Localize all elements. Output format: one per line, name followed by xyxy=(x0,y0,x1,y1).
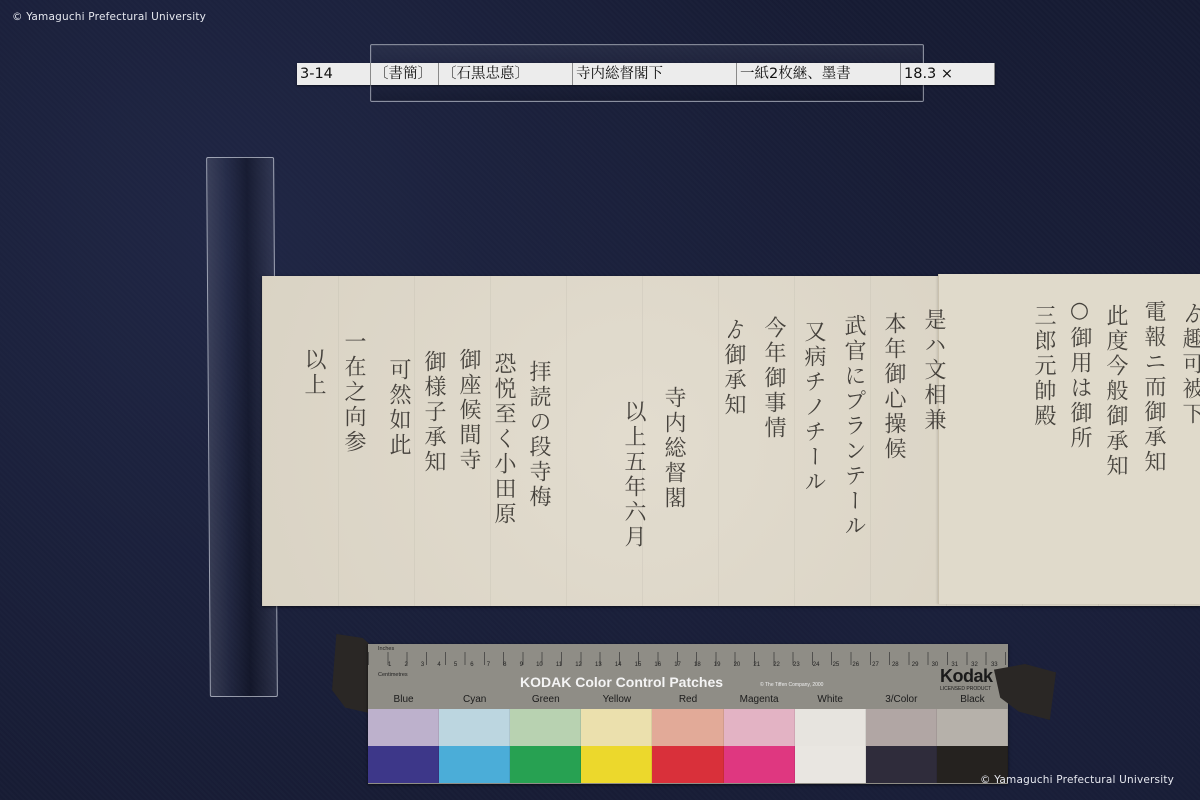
calligraphy-column: 寺内総督閣 xyxy=(662,386,684,511)
patch-label: Blue xyxy=(368,694,439,705)
catalog-label-cell: 18.3 × xyxy=(901,63,995,85)
calligraphy-column: 恐悦至く小田原 xyxy=(492,352,514,527)
ruler-number: 26 xyxy=(852,662,859,668)
ruler-number: 13 xyxy=(595,662,602,668)
catalog-label-cell: 〔書簡〕 xyxy=(371,63,439,85)
calligraphy-column: 三郎元帥殿 xyxy=(1032,304,1054,429)
ruler-number: 18 xyxy=(694,662,701,668)
calligraphy-column: 武官にプランテール xyxy=(842,314,864,539)
ruler-number: 17 xyxy=(674,662,681,668)
patch-column xyxy=(581,709,652,783)
ruler-number: 30 xyxy=(932,662,939,668)
patch-label: Red xyxy=(652,694,723,705)
calligraphy-column: 御座候間寺 xyxy=(457,348,479,473)
patch-dark xyxy=(795,746,866,783)
ruler-number: 4 xyxy=(437,662,440,668)
calligraphy-column: 又病チノチール xyxy=(802,320,824,495)
patch-label: Yellow xyxy=(581,694,652,705)
catalog-label-strip: 3-14〔書簡〕〔石黒忠悳〕寺内総督閣下一紙2枚継、墨書18.3 × xyxy=(297,63,995,85)
patch-column xyxy=(937,709,1008,783)
catalog-label-cell: 寺内総督閣下 xyxy=(573,63,737,85)
patch-label: White xyxy=(795,694,866,705)
ruler-number: 6 xyxy=(470,662,473,668)
ruler-number: 19 xyxy=(714,662,721,668)
ruler-number: 16 xyxy=(654,662,661,668)
patch-labels: BlueCyanGreenYellowRedMagentaWhite3/Colo… xyxy=(368,694,1008,705)
calligraphy-column: ゟ御承知 xyxy=(722,318,744,418)
patch-column xyxy=(795,709,866,783)
patch-light xyxy=(368,709,439,746)
patch-column xyxy=(439,709,510,783)
kodak-title: KODAK Color Control Patches xyxy=(520,674,723,690)
ruler-band xyxy=(368,644,1008,678)
calligraphy-column: 以上 xyxy=(302,348,324,398)
patch-dark xyxy=(439,746,510,783)
kodak-licensed: LICENSED PRODUCT xyxy=(940,686,991,692)
patch-light xyxy=(795,709,866,746)
catalog-label-cell: 一紙2枚継、墨書 xyxy=(737,63,901,85)
patch-dark xyxy=(510,746,581,783)
patch-dark xyxy=(581,746,652,783)
patch-column xyxy=(368,709,439,783)
patch-label: Magenta xyxy=(724,694,795,705)
calligraphy-column: ゟ趣可被下 xyxy=(1180,302,1200,427)
patch-column xyxy=(866,709,937,783)
ruler-number: 29 xyxy=(912,662,919,668)
ruler-numbers: 1234567891011121314151617181920212223242… xyxy=(388,662,998,668)
calligraphy-column: 以上五年六月 xyxy=(622,400,644,550)
calligraphy-column: 本年御心操候 xyxy=(882,312,904,462)
calligraphy-column: 此度今般御承知 xyxy=(1104,304,1126,479)
ruler-number: 28 xyxy=(892,662,899,668)
ruler-number: 14 xyxy=(615,662,622,668)
patch-label: Black xyxy=(937,694,1008,705)
kodak-color-card: Inches Centimetres 123456789101112131415… xyxy=(368,644,1008,784)
kodak-logo: Kodak xyxy=(940,666,993,687)
patch-label: Cyan xyxy=(439,694,510,705)
calligraphy-column: 一在之向参 xyxy=(342,330,364,455)
patch-column xyxy=(724,709,795,783)
calligraphy-column: 可然如此 xyxy=(387,358,409,458)
ruler-number: 24 xyxy=(813,662,820,668)
ruler-number: 22 xyxy=(773,662,780,668)
copyright-top-left: © Yamaguchi Prefectural University xyxy=(12,11,206,23)
patch-dark xyxy=(652,746,723,783)
ruler-number: 7 xyxy=(487,662,490,668)
ruler-number: 20 xyxy=(734,662,741,668)
calligraphy-column: 御様子承知 xyxy=(422,350,444,475)
manuscript-letter: ゟ趣可被下電報ニ而御承知此度今般御承知○御用は御所三郎元帥殿是ハ文相兼本年御心操… xyxy=(262,276,1200,606)
centimetres-label: Centimetres xyxy=(378,672,408,678)
ruler-number: 10 xyxy=(536,662,543,668)
ruler-number: 1 xyxy=(388,662,391,668)
calligraphy-column: 今年御事情 xyxy=(762,316,784,441)
patch-light xyxy=(510,709,581,746)
ruler-number: 15 xyxy=(635,662,642,668)
patch-label: Green xyxy=(510,694,581,705)
patch-light xyxy=(439,709,510,746)
copyright-bottom-right: © Yamaguchi Prefectural University xyxy=(980,774,1174,786)
patch-light xyxy=(581,709,652,746)
ruler-number: 12 xyxy=(575,662,582,668)
catalog-label-cell: 〔石黒忠悳〕 xyxy=(439,63,573,85)
calligraphy-column: ○御用は御所 xyxy=(1068,298,1090,451)
ruler-number: 2 xyxy=(404,662,407,668)
ruler-number: 21 xyxy=(753,662,760,668)
ruler-number: 25 xyxy=(833,662,840,668)
ruler-number: 9 xyxy=(520,662,523,668)
patch-dark xyxy=(866,746,937,783)
kodak-copyright: © The Tiffen Company, 2000 xyxy=(760,682,823,688)
calligraphy-column: 是ハ文相兼 xyxy=(922,308,944,433)
patch-dark xyxy=(368,746,439,783)
catalog-label-cell: 3-14 xyxy=(297,63,371,85)
patch-light xyxy=(866,709,937,746)
ruler-number: 11 xyxy=(556,662,562,668)
ruler-number: 8 xyxy=(503,662,506,668)
patch-light xyxy=(937,709,1008,746)
patch-column xyxy=(510,709,581,783)
inches-label: Inches xyxy=(378,646,394,652)
patch-dark xyxy=(724,746,795,783)
patch-light xyxy=(652,709,723,746)
calligraphy-column: 電報ニ而御承知 xyxy=(1142,300,1164,475)
patch-grid xyxy=(368,709,1008,783)
ruler-number: 23 xyxy=(793,662,800,668)
ruler-number: 5 xyxy=(454,662,457,668)
patch-light xyxy=(724,709,795,746)
calligraphy-column: 拝読の段寺梅 xyxy=(527,360,549,510)
patch-label: 3/Color xyxy=(866,694,937,705)
ruler-number: 3 xyxy=(421,662,424,668)
patch-column xyxy=(652,709,723,783)
ruler-number: 27 xyxy=(872,662,879,668)
